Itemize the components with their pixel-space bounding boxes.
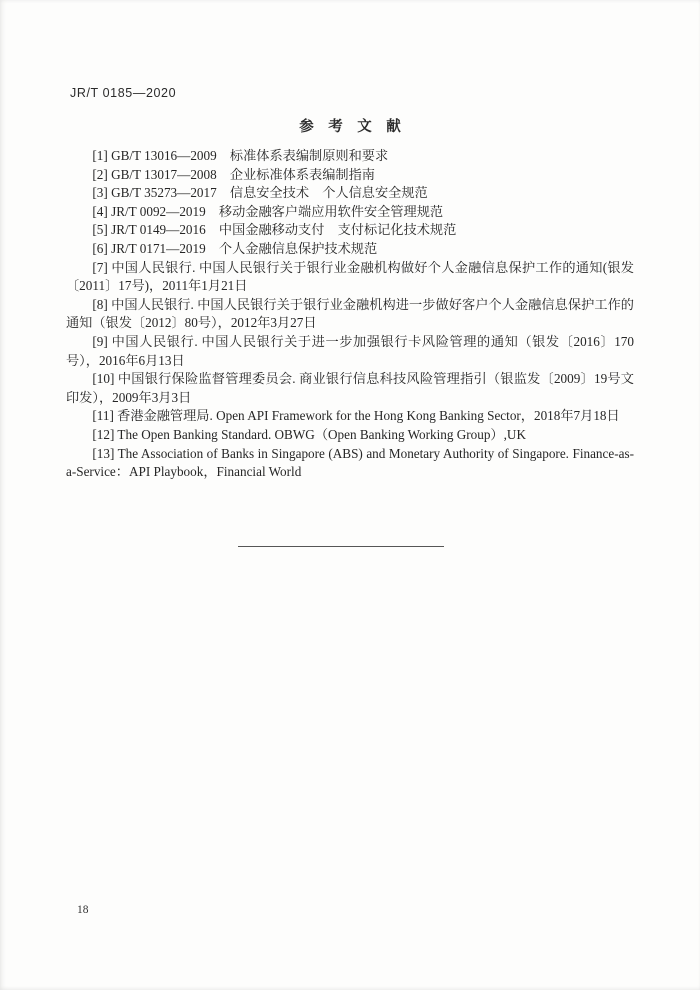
page-title: 参 考 文 献 [0, 115, 700, 136]
document-page: { "document": { "header_code": "JR/T 018… [0, 0, 700, 990]
reference-item: [8] 中国人民银行. 中国人民银行关于银行业金融机构进一步做好客户个人金融信息… [66, 296, 634, 333]
reference-item: [2] GB/T 13017—2008 企业标准体系表编制指南 [66, 166, 634, 185]
standard-code-header: JR/T 0185—2020 [70, 86, 176, 100]
reference-item: [11] 香港金融管理局. Open API Framework for the… [66, 407, 634, 426]
reference-item: [13] The Association of Banks in Singapo… [66, 445, 634, 482]
reference-item: [7] 中国人民银行. 中国人民银行关于银行业金融机构做好个人金融信息保护工作的… [66, 259, 634, 296]
reference-item: [4] JR/T 0092—2019 移动金融客户端应用软件安全管理规范 [66, 203, 634, 222]
reference-item: [12] The Open Banking Standard. OBWG（Ope… [66, 426, 634, 445]
page-number: 18 [77, 904, 89, 916]
end-of-text-divider [238, 546, 444, 547]
references-list: [1] GB/T 13016—2009 标准体系表编制原则和要求 [2] GB/… [66, 147, 634, 482]
reference-item: [10] 中国银行保险监督管理委员会. 商业银行信息科技风险管理指引（银监发〔2… [66, 370, 634, 407]
reference-item: [1] GB/T 13016—2009 标准体系表编制原则和要求 [66, 147, 634, 166]
reference-item: [5] JR/T 0149—2016 中国金融移动支付 支付标记化技术规范 [66, 221, 634, 240]
reference-item: [9] 中国人民银行. 中国人民银行关于进一步加强银行卡风险管理的通知（银发〔2… [66, 333, 634, 370]
reference-item: [6] JR/T 0171—2019 个人金融信息保护技术规范 [66, 240, 634, 259]
reference-item: [3] GB/T 35273—2017 信息安全技术 个人信息安全规范 [66, 184, 634, 203]
